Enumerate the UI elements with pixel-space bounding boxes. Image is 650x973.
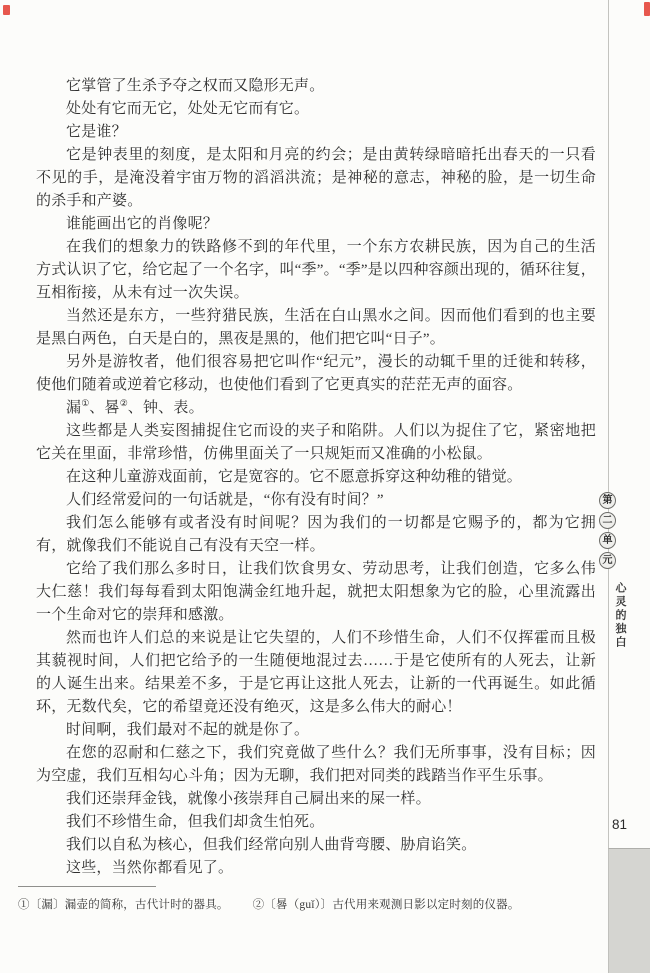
paragraph: 这些，当然你都看见了。 bbox=[36, 857, 596, 880]
unit-tab-char: 单 bbox=[599, 532, 616, 549]
paragraph: 处处有它而无它，处处无它而有它。 bbox=[36, 98, 596, 121]
paragraph: 我们还崇拜金钱，就像小孩崇拜自己屙出来的屎一样。 bbox=[36, 788, 596, 811]
paragraph: 漏①、晷②、钟、表。 bbox=[36, 397, 596, 420]
paragraph: 然而也许人们总的来说是让它失望的，人们不珍惜生命，人们不仅挥霍而且极其藐视时间，… bbox=[36, 627, 596, 719]
red-scan-mark-top-left bbox=[3, 5, 10, 15]
unit-tab-char: 第 bbox=[599, 492, 616, 509]
paragraph: 这些都是人类妄图捕捉住它而设的夹子和陷阱。人们以为捉住了它，紧密地把它关在里面，… bbox=[36, 420, 596, 466]
paragraph: 我们不珍惜生命，但我们却贪生怕死。 bbox=[36, 811, 596, 834]
paragraph: 时间啊，我们最对不起的就是你了。 bbox=[36, 719, 596, 742]
paragraph: 在您的忍耐和仁慈之下，我们究竟做了些什么？我们无所事事，没有目标；因为空虚，我们… bbox=[36, 742, 596, 788]
footnote-item: ②〔晷（guǐ）〕古代用来观测日影以定时刻的仪器。 bbox=[253, 897, 520, 913]
footnote-list: ①〔漏〕漏壶的简称，古代计时的器具。②〔晷（guǐ）〕古代用来观测日影以定时刻的… bbox=[18, 897, 596, 913]
article-body: 它掌管了生杀予夺之权而又隐形无声。处处有它而无它，处处无它而有它。它是谁？它是钟… bbox=[36, 75, 596, 913]
footnote-ref: ② bbox=[120, 398, 128, 408]
paragraph: 它掌管了生杀予夺之权而又隐形无声。 bbox=[36, 75, 596, 98]
paragraph: 另外是游牧者，他们很容易把它叫作“纪元”，漫长的动辄千里的迁徙和转移，使他们随着… bbox=[36, 351, 596, 397]
unit-subtitle-vertical: 心灵的独白 bbox=[612, 582, 628, 650]
page-edge-shading bbox=[608, 848, 650, 973]
paragraph: 在这种儿童游戏面前，它是宽容的。它不愿意拆穿这种幼稚的错觉。 bbox=[36, 466, 596, 489]
paragraph: 它是谁？ bbox=[36, 121, 596, 144]
paragraph: 人们经常爱问的一句话就是，“你有没有时间？” bbox=[36, 489, 596, 512]
paragraph: 我们以自私为核心，但我们经常向别人曲背弯腰、胁肩谄笑。 bbox=[36, 834, 596, 857]
unit-tab-char: 元 bbox=[599, 552, 616, 569]
paragraph-list: 它掌管了生杀予夺之权而又隐形无声。处处有它而无它，处处无它而有它。它是谁？它是钟… bbox=[36, 75, 596, 880]
paragraph: 它是钟表里的刻度，是太阳和月亮的约会；是由黄转绿暗暗托出春天的一只看不见的手，是… bbox=[36, 144, 596, 213]
book-page: 它掌管了生杀予夺之权而又隐形无声。处处有它而无它，处处无它而有它。它是谁？它是钟… bbox=[0, 0, 650, 973]
unit-tab-char: 二 bbox=[599, 512, 616, 529]
sidebar-rule bbox=[608, 0, 609, 848]
unit-tab: 第二单元 bbox=[599, 492, 616, 572]
footnote-item: ①〔漏〕漏壶的简称，古代计时的器具。 bbox=[18, 897, 229, 913]
paragraph: 谁能画出它的肖像呢？ bbox=[36, 213, 596, 236]
page-number: 81 bbox=[612, 817, 627, 832]
footnote-ref: ① bbox=[81, 398, 89, 408]
paragraph: 在我们的想象力的铁路修不到的年代里，一个东方农耕民族，因为自己的生活方式认识了它… bbox=[36, 236, 596, 305]
paragraph: 我们怎么能够有或者没有时间呢？因为我们的一切都是它赐予的，都为它拥有，就像我们不… bbox=[36, 512, 596, 558]
paragraph: 它给了我们那么多时日，让我们饮食男女、劳动思考，让我们创造，它多么伟大仁慈！我们… bbox=[36, 558, 596, 627]
red-scan-mark-top-right bbox=[644, 2, 650, 16]
footnote-divider bbox=[18, 886, 156, 887]
paragraph: 当然还是东方，一些狩猎民族，生活在白山黑水之间。因而他们看到的也主要是黑白两色，… bbox=[36, 305, 596, 351]
